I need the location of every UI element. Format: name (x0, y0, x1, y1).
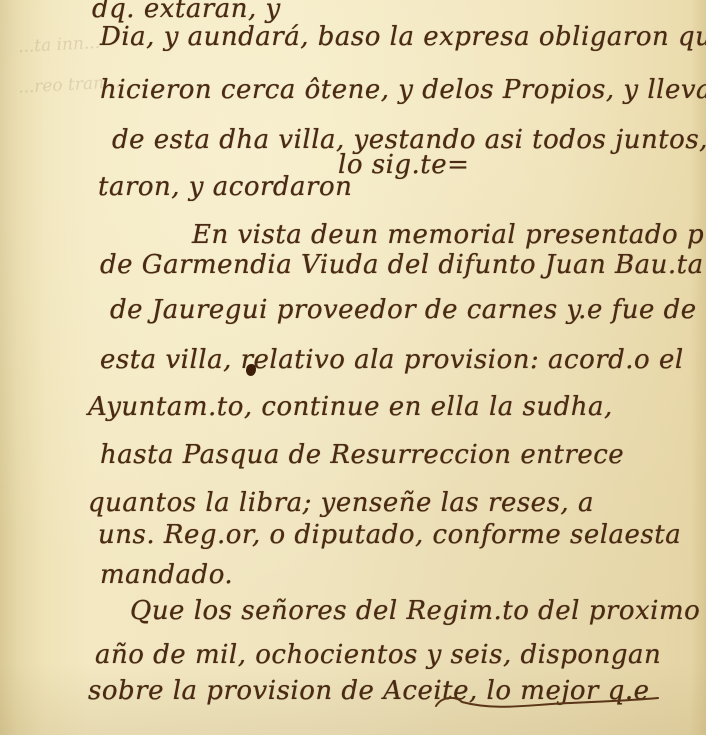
manuscript-page: ...ta inn... ...reo tran... dq. extaran,… (0, 0, 706, 735)
manuscript-line-5: taron, y acordaron (98, 172, 352, 202)
manuscript-line-6: En vista deun memorial presentado p.r D.… (192, 220, 706, 250)
manuscript-line-8: de Jauregui proveedor de carnes y.e fue … (110, 295, 697, 325)
manuscript-line-9: esta villa, relativo ala provision: acor… (100, 345, 684, 375)
manuscript-line-7: de Garmendia Viuda del difunto Juan Bau.… (100, 250, 704, 280)
manuscript-line-16: año de mil, ochocientos y seis, disponga… (95, 640, 661, 670)
manuscript-line-11: hasta Pasqua de Resurreccion entrece (100, 440, 624, 470)
manuscript-line-5b: lo sig.te= (338, 150, 469, 180)
manuscript-line-14: mandado. (100, 560, 233, 590)
manuscript-line-3: hicieron cerca ôtene, y delos Propios, y… (100, 75, 706, 105)
manuscript-line-2: Dia, y aundará, baso la expresa obligaro… (100, 22, 706, 52)
closing-flourish (432, 692, 662, 712)
manuscript-line-10: Ayuntam.to, continue en ella la sudha, (88, 392, 613, 422)
bleed-through-text: ...ta inn... (18, 33, 101, 57)
manuscript-line-15: Que los señores del Regim.to del proximo (130, 596, 700, 626)
manuscript-line-1: dq. extaran, y (92, 0, 281, 24)
manuscript-line-13: uns. Reg.or, o diputado, conforme selaes… (98, 520, 681, 550)
manuscript-line-12: quantos la libra; yenseñe las reses, a (88, 488, 594, 518)
